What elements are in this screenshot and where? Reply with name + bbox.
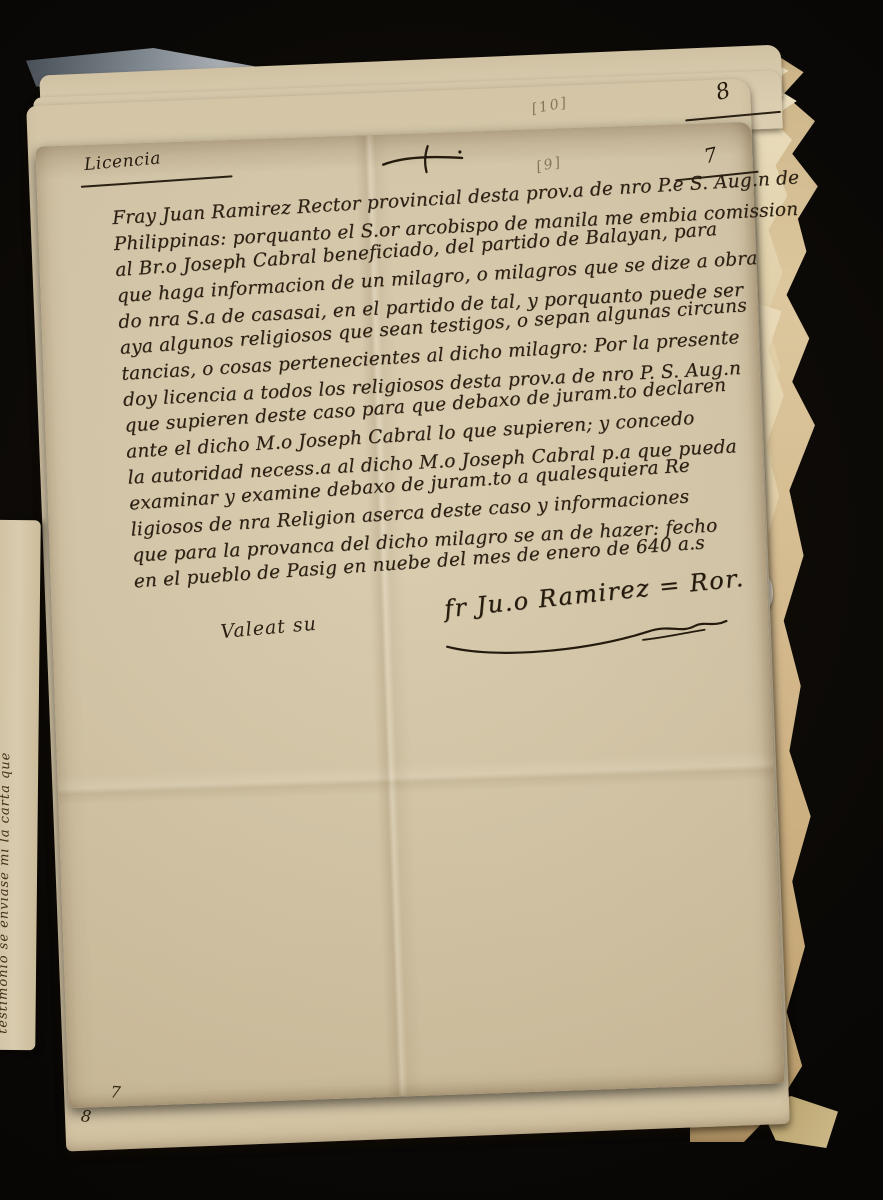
- bottom-folio-front: 7: [110, 1082, 121, 1102]
- valediction: Valeat su: [220, 613, 318, 643]
- folio-bracket-upper: [10]: [530, 95, 569, 118]
- heading-underline: [81, 175, 233, 188]
- signature-rubric-icon: [442, 607, 733, 663]
- cross-mark-icon: [380, 142, 469, 177]
- margin-vertical-note: testimonio se enviase mi la carta que: [0, 534, 16, 1034]
- main-page: Licencia [9] 7 Fray Juan Ramirez Rector …: [35, 122, 784, 1108]
- heading-licencia: Licencia: [83, 148, 162, 175]
- folio-bracket-lower: [9]: [535, 154, 564, 175]
- bottom-folio-under: 8: [80, 1106, 92, 1126]
- manuscript-body: Fray Juan Ramirez Rector provincial dest…: [112, 167, 794, 595]
- folio-number-lower: 7: [702, 142, 719, 168]
- left-page-strip: testimonio se enviase mi la carta que: [0, 520, 41, 1050]
- photograph-stage: [10] 8 8 Licencia [9] 7 Fray Juan Ramire…: [0, 0, 883, 1200]
- folio-number-upper: 8: [713, 78, 733, 106]
